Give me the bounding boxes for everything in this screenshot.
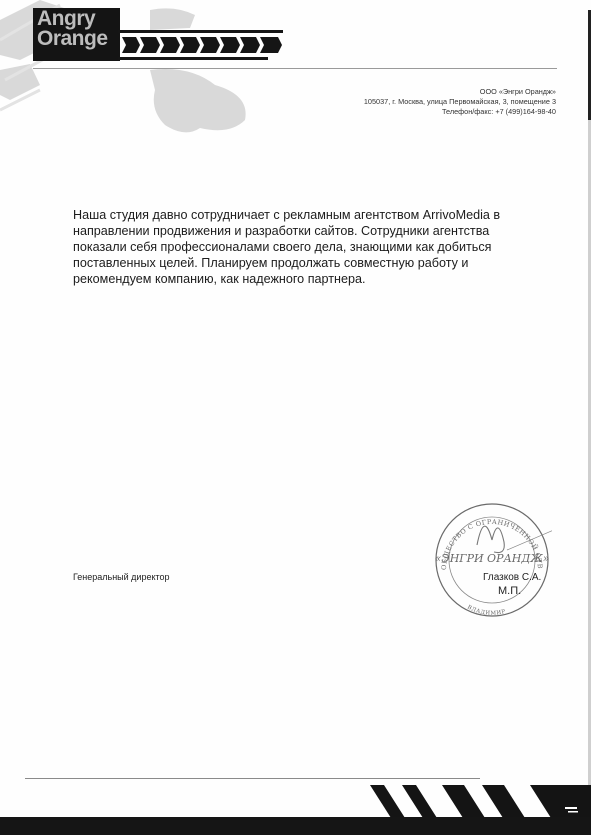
seal-place-mark: М.П. xyxy=(498,585,521,597)
letter-line: рекомендуем компанию, как надежного парт… xyxy=(73,271,513,287)
header-divider xyxy=(33,68,557,69)
letter-line: поставленных целей. Планируем продолжать… xyxy=(73,255,513,271)
letter-body: Наша студия давно сотрудничает с рекламн… xyxy=(73,207,513,287)
letter-line: направлении продвижения и разработки сай… xyxy=(73,223,513,239)
svg-text:ВЛАДИМИР: ВЛАДИМИР xyxy=(466,604,506,616)
footer-divider xyxy=(25,778,480,779)
diagonal-stripes-icon xyxy=(360,785,591,818)
company-logo: Angry Orange xyxy=(33,8,120,61)
company-address: 105037, г. Москва, улица Первомайская, 3… xyxy=(364,97,556,107)
company-phone: Телефон/факс: +7 (499)164-98-40 xyxy=(364,107,556,117)
logo-wordmark: Angry Orange xyxy=(37,9,108,49)
letter-line: показали себя профессионалами своего дел… xyxy=(73,239,513,255)
letter-line: Наша студия давно сотрудничает с рекламн… xyxy=(73,207,513,223)
logo-line-2: Orange xyxy=(37,29,108,49)
signature-scribble xyxy=(477,526,504,552)
stamp-center-text: «ЭНГРИ ОРАНДЖ» xyxy=(435,552,550,565)
signer-name: Глазков С.А. xyxy=(483,572,541,583)
logo-line-1: Angry xyxy=(37,9,108,29)
letter-page: Angry Orange ООО «Энгри Орандж» 105037, … xyxy=(0,0,591,835)
company-name: ООО «Энгри Орандж» xyxy=(364,87,556,97)
stamp-bottom-text: ВЛАДИМИР xyxy=(466,604,506,616)
arrow-strip-logo-icon xyxy=(118,28,298,62)
company-seal-icon: ОБЩЕСТВО С ОГРАНИЧЕННОЙ ОТВЕТСТВЕННОСТЬЮ… xyxy=(432,500,552,620)
signer-title: Генеральный директор xyxy=(73,572,170,582)
footer-band xyxy=(0,817,591,835)
company-contact-block: ООО «Энгри Орандж» 105037, г. Москва, ул… xyxy=(364,87,556,117)
